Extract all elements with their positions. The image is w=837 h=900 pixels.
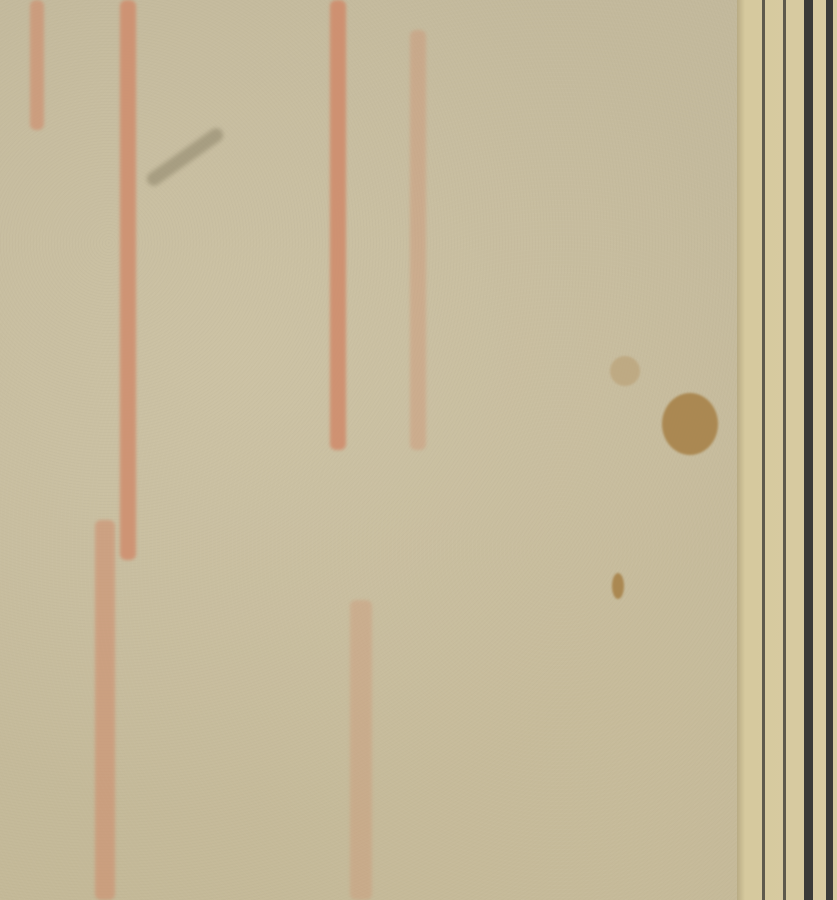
border-rule-line: [762, 0, 765, 900]
chalk-stroke: [330, 0, 346, 450]
border-rule-line: [826, 0, 833, 900]
border-rule-line: [804, 0, 813, 900]
chalk-stroke: [120, 0, 136, 560]
chalk-stroke: [350, 600, 372, 900]
chalk-stroke: [95, 520, 115, 900]
ruled-border-band: [737, 0, 837, 900]
border-rule-line: [783, 0, 786, 900]
chalk-stroke: [30, 0, 44, 130]
aged-paper-photo: [0, 0, 837, 900]
chalk-stroke: [410, 30, 426, 450]
stain: [662, 393, 718, 455]
stain: [610, 356, 640, 386]
stain: [612, 573, 624, 599]
